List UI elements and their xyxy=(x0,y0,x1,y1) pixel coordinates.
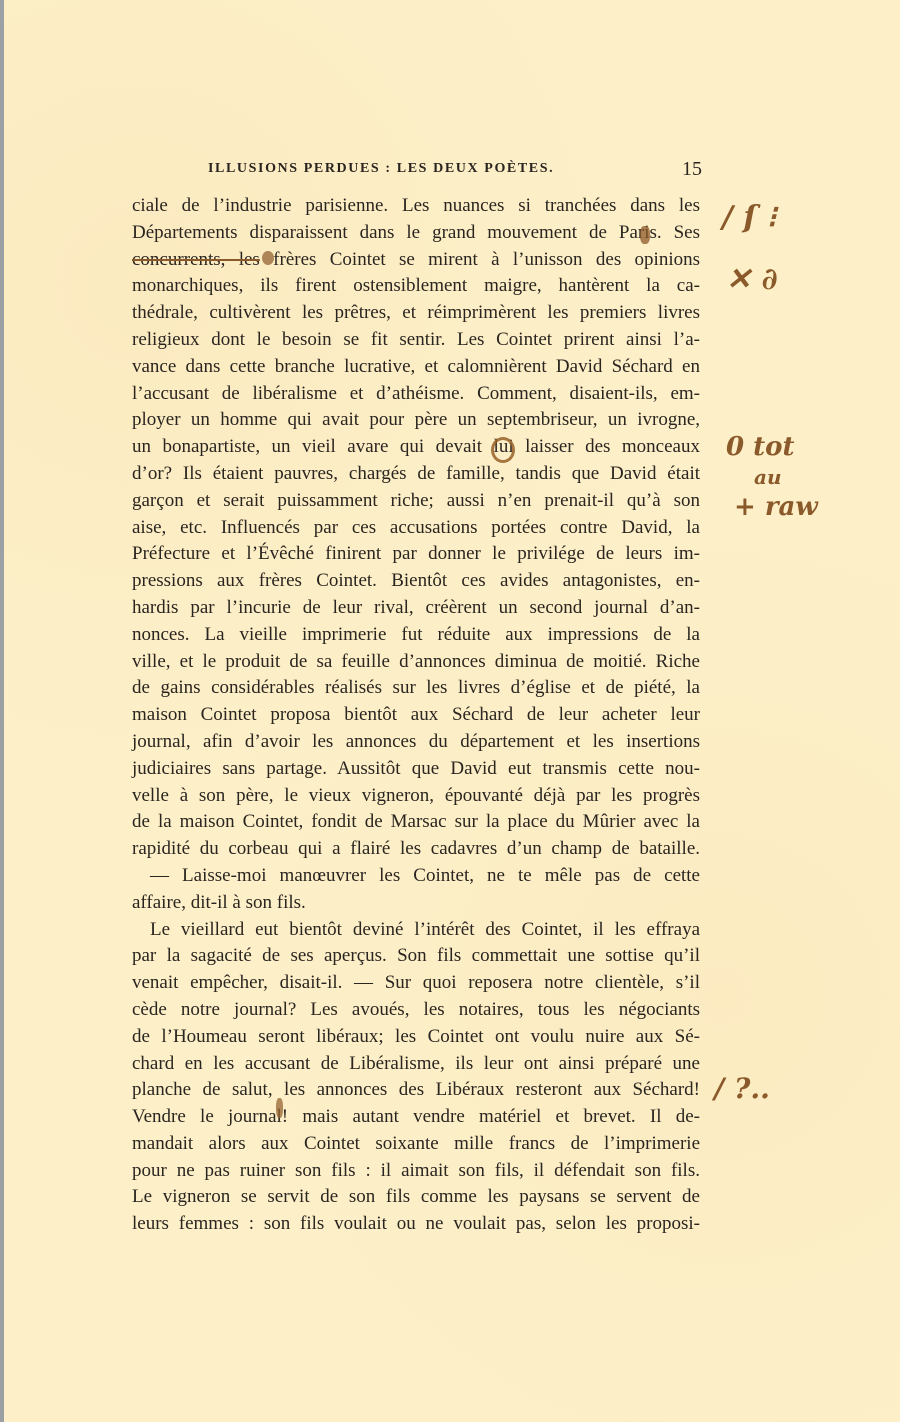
text-line: cède notre journal? Les avoués, les nota… xyxy=(132,997,700,1024)
text-line: venait empêcher, disait-il. — Sur quoi r… xyxy=(132,970,700,997)
text-line-with-mark: un bonapartiste, un vieil avare qui deva… xyxy=(132,434,700,461)
text-line: ciale de l’industrie parisienne. Les nua… xyxy=(132,193,700,220)
text-line: velle à son père, le vieux vigneron, épo… xyxy=(132,783,700,810)
text-line: nonces. La vieille imprimerie fut réduit… xyxy=(132,622,700,649)
running-head: ILLUSIONS PERDUES : LES DEUX POÈTES. 15 xyxy=(208,161,702,187)
text-line: planche de salut, les annonces des Libér… xyxy=(132,1077,700,1104)
ink-correction-mark xyxy=(276,1098,283,1118)
text-line: — Laisse-moi manœuvrer les Cointet, ne t… xyxy=(132,863,700,890)
text-segment: laisser des monceaux xyxy=(514,436,700,457)
text-line: de la maison Cointet, fondit de Marsac s… xyxy=(132,809,700,836)
text-line: garçon et serait puissamment riche; auss… xyxy=(132,488,700,515)
text-line: affaire, dit-il à son fils. xyxy=(132,890,700,917)
text-line: Départements disparaissent dans le grand… xyxy=(132,220,700,247)
margin-annotation: + raw xyxy=(734,492,818,522)
text-line: de l’Houmeau seront libéraux; les Cointe… xyxy=(132,1024,700,1051)
circled-word: lui xyxy=(494,434,514,461)
text-line: Le vigneron se servit de son fils comme … xyxy=(132,1184,700,1211)
text-line: thédrale, cultivèrent les prêtres, et ré… xyxy=(132,300,700,327)
text-segment: frères Cointet se mirent à l’unisson des… xyxy=(260,249,700,270)
text-line: hardis par l’incurie de leur rival, créè… xyxy=(132,595,700,622)
text-line: par la sagacité de ses aperçus. Son fils… xyxy=(132,943,700,970)
text-line: de gains considérables réalisés sur les … xyxy=(132,675,700,702)
text-line: ployer un homme qui avait pour père un s… xyxy=(132,407,700,434)
text-line: ville, et le produit de sa feuille d’ann… xyxy=(132,649,700,676)
margin-annotation: ✕ ∂ xyxy=(726,262,778,297)
struck-text: concurrents, les xyxy=(132,249,260,270)
text-line: aise, etc. Influencés par ces accusation… xyxy=(132,515,700,542)
text-line: vance dans cette branche lucrative, et c… xyxy=(132,354,700,381)
text-line-with-deletion: concurrents, les frères Cointet se miren… xyxy=(132,247,700,274)
text-line: judiciaires sans partage. Aussitôt que D… xyxy=(132,756,700,783)
text-line: Préfecture et l’Évêché finirent par donn… xyxy=(132,541,700,568)
margin-annotation: 0 tot xyxy=(726,432,795,462)
text-line: Le vieillard eut bientôt deviné l’intérê… xyxy=(132,917,700,944)
text-line: journal, afin d’avoir les annonces du dé… xyxy=(132,729,700,756)
text-line: pour ne pas ruiner son fils : il aimait … xyxy=(132,1158,700,1185)
running-head-title: ILLUSIONS PERDUES : LES DEUX POÈTES. xyxy=(208,161,554,177)
text-line: l’accusant de libéralisme et d’athéisme.… xyxy=(132,381,700,408)
text-line: leurs femmes : son fils voulait ou ne vo… xyxy=(132,1211,700,1238)
page-number: 15 xyxy=(682,158,702,181)
margin-annotation: / ?.. xyxy=(714,1072,770,1105)
text-line: mandait alors aux Cointet soixante mille… xyxy=(132,1131,700,1158)
text-line: rapidité du corbeau qui a flairé les cad… xyxy=(132,836,700,863)
text-line: chard en les accusant de Libéralisme, il… xyxy=(132,1051,700,1078)
book-page: ILLUSIONS PERDUES : LES DEUX POÈTES. 15 … xyxy=(4,0,900,1422)
margin-annotation: / ſ ⁝ xyxy=(722,200,776,235)
margin-annotation: au xyxy=(754,465,782,489)
text-line: religieux dont le besoin se fit sentir. … xyxy=(132,327,700,354)
text-line: pressions aux frères Cointet. Bientôt ce… xyxy=(132,568,700,595)
text-line: d’or? Ils étaient pauvres, chargés de fa… xyxy=(132,461,700,488)
ink-correction-mark xyxy=(262,251,274,265)
body-text: ciale de l’industrie parisienne. Les nua… xyxy=(132,193,700,1238)
text-line: monarchiques, ils firent ostensiblement … xyxy=(132,273,700,300)
text-line: Vendre le journal! mais autant vendre ma… xyxy=(132,1104,700,1131)
text-line: maison Cointet proposa bientôt aux Sécha… xyxy=(132,702,700,729)
text-segment: un bonapartiste, un vieil avare qui deva… xyxy=(132,436,494,457)
ink-correction-mark xyxy=(640,226,650,244)
